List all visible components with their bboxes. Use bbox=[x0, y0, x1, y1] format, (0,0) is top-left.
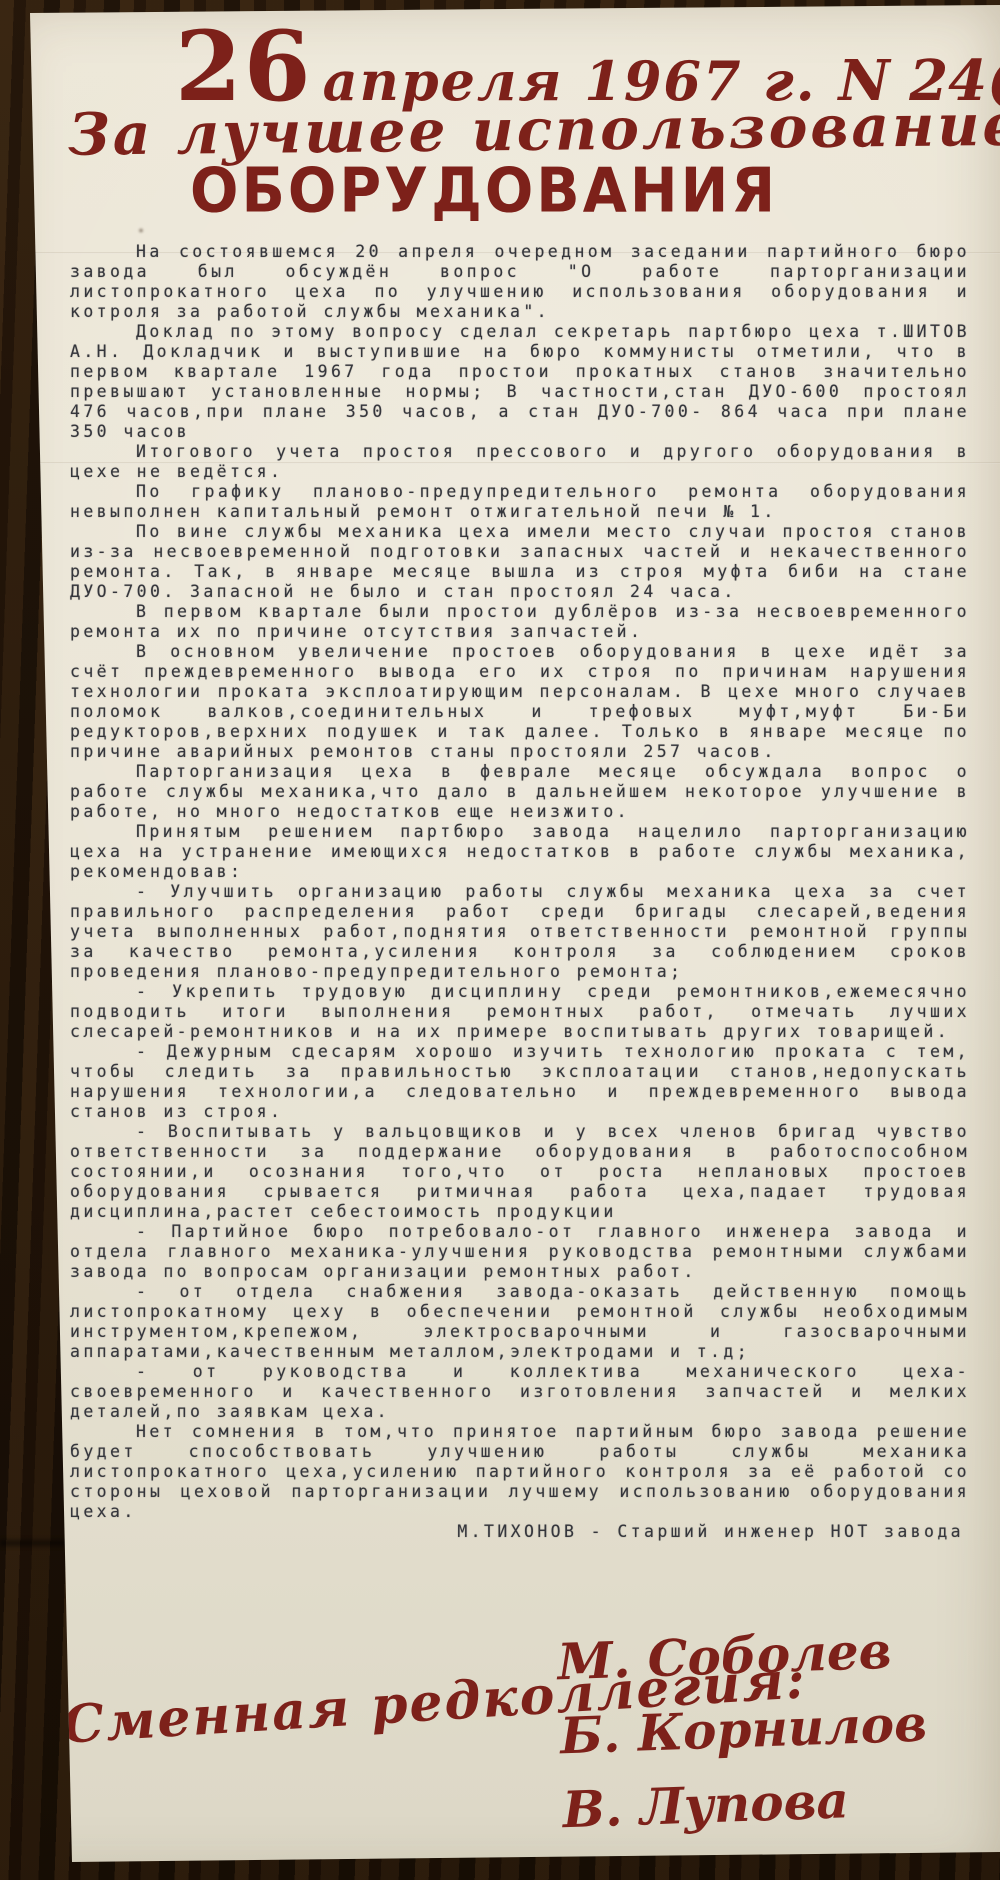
paragraph: - от руководства и коллектива механическ… bbox=[70, 1362, 970, 1422]
paragraph: По графику планово-предупредительного ре… bbox=[70, 482, 970, 522]
paragraph: - Улучшить организацию работы службы мех… bbox=[70, 882, 970, 982]
byline: М.ТИХОНОВ - Старший инженер НОТ завода bbox=[70, 1522, 970, 1542]
paragraph: Парторганизация цеха в феврале месяце об… bbox=[70, 762, 970, 822]
paragraph: - Воспитывать у вальцовщиков и у всех чл… bbox=[70, 1122, 970, 1222]
paragraph: - Дежурным сдесарям хорошо изучить техно… bbox=[70, 1042, 970, 1122]
newspaper-sheet: 26апреля 1967 г.N 24(77) За лучшее испол… bbox=[0, 0, 1000, 1880]
paragraph: Принятым решением партбюро завода нацели… bbox=[70, 822, 970, 882]
paragraph: По вине службы механика цеха имели место… bbox=[70, 522, 970, 602]
signature: Б. Корнилов bbox=[559, 1685, 981, 1774]
paragraph: В первом квартале были простои дублёров … bbox=[70, 602, 970, 642]
paragraph: Доклад по этому вопросу сделал секретарь… bbox=[70, 322, 970, 442]
paragraph: Нет сомнения в том,что принятое партийны… bbox=[70, 1422, 970, 1522]
paragraph: - Партийное бюро потребовало-от главного… bbox=[70, 1222, 970, 1282]
paragraph: На состоявшемся 20 апреля очередном засе… bbox=[70, 242, 970, 322]
paragraph: - от отдела снабжения завода-оказать дей… bbox=[70, 1282, 970, 1362]
signature: В. Лупова bbox=[561, 1759, 983, 1848]
signature-list: М. Соболев Б. Корнилов В. Лупова bbox=[556, 1611, 983, 1848]
headline-caps: ОБОРУДОВАНИЯ bbox=[190, 155, 778, 226]
paper-speck bbox=[138, 228, 144, 233]
paragraph: Итогового учета простоя прессового и дру… bbox=[70, 442, 970, 482]
paragraph: - Укрепить трудовую дисциплину среди рем… bbox=[70, 982, 970, 1042]
paragraph: В основном увеличение простоев оборудова… bbox=[70, 642, 970, 762]
article-body: На состоявшемся 20 апреля очередном засе… bbox=[70, 242, 970, 1542]
